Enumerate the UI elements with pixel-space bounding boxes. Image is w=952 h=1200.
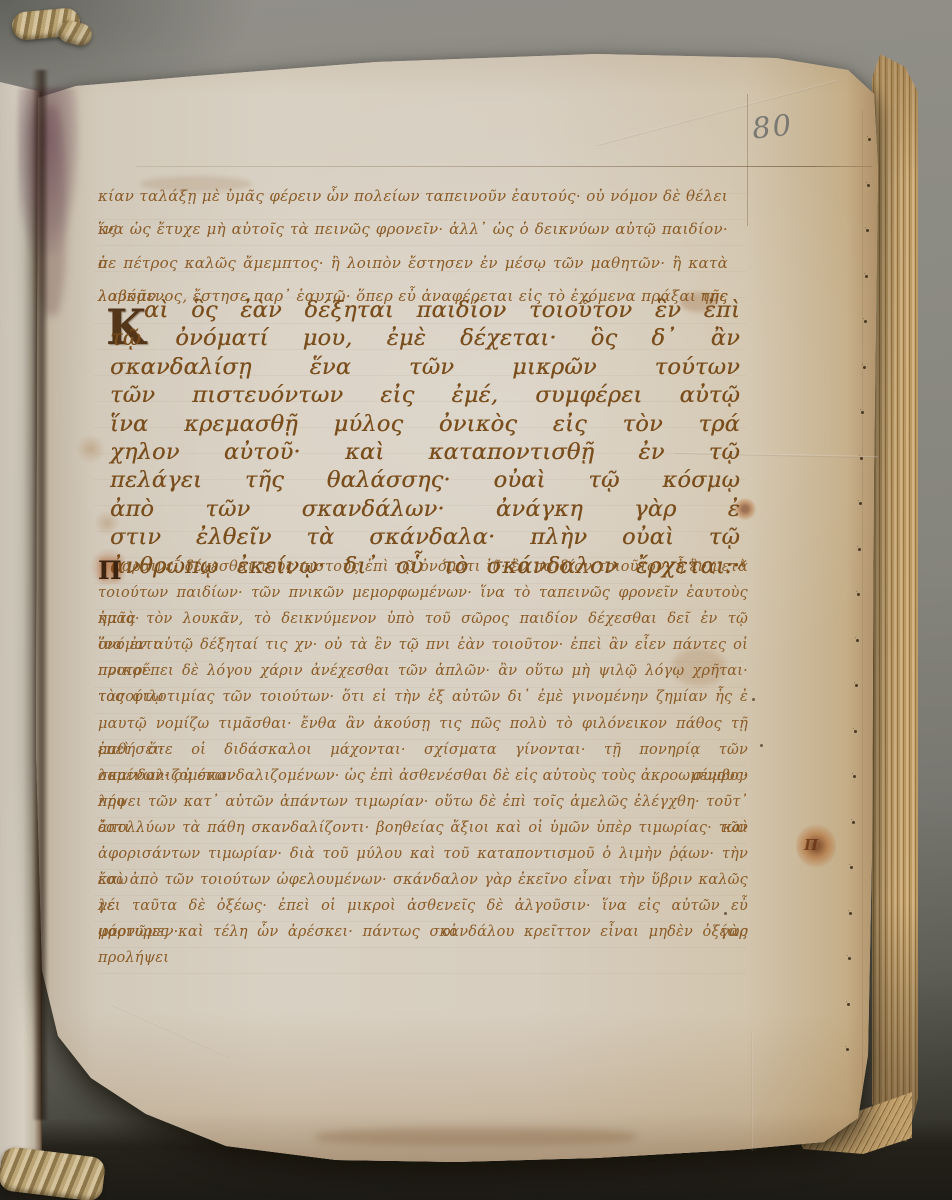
text-line: χηλον αὐτοῦ· καὶ καταποντισθῇ ἐν τῷ [110,438,740,466]
text-line: κατὰ τὸν λουκᾶν, τὸ δεικνύμενον ὑπὸ τοῦ … [98,606,748,632]
pricking-hole [853,775,856,778]
text-line: κίαν ταλάξῃ μὲ ὑμᾶς φέρειν ὧν πολείων τα… [98,180,728,213]
text-line: ἀφορισάντων τιμωρίαν· διὰ τοῦ μύλου καὶ … [98,841,748,867]
pricking-hole [866,229,869,232]
pricking-hole [864,320,867,323]
text-line: καὶ ἀπὸ τῶν τοιούτων ὠφελουμένων· σκάνδα… [98,867,748,893]
text-line: ἵνα κρεμασθῇ μύλος ὀνικὸς εἰς τὸν τρά [110,410,740,438]
text-line: λήψει τῶν κατ᾽ αὐτῶν ἁπάντων τιμωρίαν· ο… [98,789,748,815]
text-line: στιν ἐλθεῖν τὰ σκάνδαλα· πλὴν οὐαὶ τῷ [110,523,740,551]
margin-mark: ✗ [736,558,746,572]
text-line: ἐπεὶ ὅτε οἱ διδάσκαλοι μάχονται· σχίσματ… [98,737,748,763]
page-number: 80 [750,104,823,145]
pricking-hole [868,138,871,141]
pricking-hole [858,548,861,551]
text-line: ἀπὸ τῶν σκανδάλων· ἀνάγκη γὰρ ἐ [110,495,740,523]
pricking-hole [857,593,860,596]
text-line: ἵνα ἐν αὐτῷ δέξηταί τις χν· οὐ τὰ ἓν τῷ … [98,632,748,658]
pricking-hole [852,821,855,824]
gutter-shadow [32,70,48,1120]
gutter-stain [18,88,80,256]
text-line: σκανδαλίσῃ ἕνα τῶν μικρῶν τούτων [110,353,740,381]
pricking-hole [856,639,859,642]
pricking-hole [863,366,866,369]
text-line: τῶν πιστευόντων εἰς ἐμέ, συμφέρει αὐτῷ [110,381,740,409]
text-line: μαυτῷ νομίζω τιμᾶσθαι· ἔνθα ἂν ἀκούσῃ τι… [98,711,748,737]
text-line: τοιούτων παιδίων· τῶν πνικῶν μεμορφωμένω… [98,580,748,606]
pricking-hole [854,730,857,733]
pricking-hole [846,1048,849,1051]
pricking-hole [855,684,858,687]
pricking-hole [860,457,863,460]
text-line: πε πέτρος καλῶς ἄμεμπτος· ἢ λοιπὸν ἔστησ… [98,247,728,280]
text-line: πελάγει τῆς θαλάσσης· οὐαὶ τῷ κόσμῳ [110,466,740,494]
text-line: προτρέπει δὲ λόγου χάριν ἀνέχεσθαι τῶν ἁ… [98,658,748,684]
text-line: αὶ ὃς ἐὰν δέξηται παιδίον τοιοῦτον ἓν ἐπ… [110,296,740,324]
text-line: τῷ ὀνόματί μου, ἐμὲ δέχεται· ὃς δ᾽ ἂν [110,324,740,352]
commentary-intro-block: κίαν ταλάξῃ μὲ ὑμᾶς φέρειν ὧν πολείων τα… [98,180,728,314]
manuscript-page: 80 κίαν ταλάξῃ μὲ ὑμᾶς φέρειν ὧν πολείων… [36,50,880,1168]
manuscript-photo: 80 κίαν ταλάξῃ μὲ ὑμᾶς φέρειν ὧν πολείων… [0,0,952,1200]
pricking-hole [865,275,868,278]
gospel-text-block: αὶ ὃς ἐὰν δέξηται παιδίον τοιοῦτον ἓν ἐπ… [110,296,740,580]
text-line: αραινεῖ δέχεσθαι τοὺς πιστοὺς ἐπὶ τῷ ὀνό… [98,554,748,580]
pricking-hole [867,184,870,187]
text-line: ἵνα ὡς ἔτυχε μὴ αὐτοῖς τὰ πεινῶς φρονεῖν… [98,213,728,246]
text-line: μάρτυρες καὶ τέλη ὧν ἀρέσκει· πάντως σκα… [98,919,748,945]
commentary-text-block: αραινεῖ δέχεσθαι τοὺς πιστοὺς ἐπὶ τῷ ὀνό… [98,554,748,945]
text-line: λομένων· οὐ σκανδαλιζομένων· ὡς ἐπὶ ἀσθε… [98,763,748,789]
text-line: τὰς φιλοτιμίας τῶν τοιούτων· ὅτι εἰ τὴν … [98,684,748,710]
margin-mark: Π [804,836,818,854]
text-line: γει ταῦτα δὲ ὀξέως· ἐπεὶ οἱ μικροὶ ἀσθεν… [98,893,748,919]
text-line: ἀπολλύων τὰ πάθη σκανδαλίζοντι· βοηθείας… [98,815,748,841]
pricking-hole [847,1003,850,1006]
pricking-hole [849,912,852,915]
